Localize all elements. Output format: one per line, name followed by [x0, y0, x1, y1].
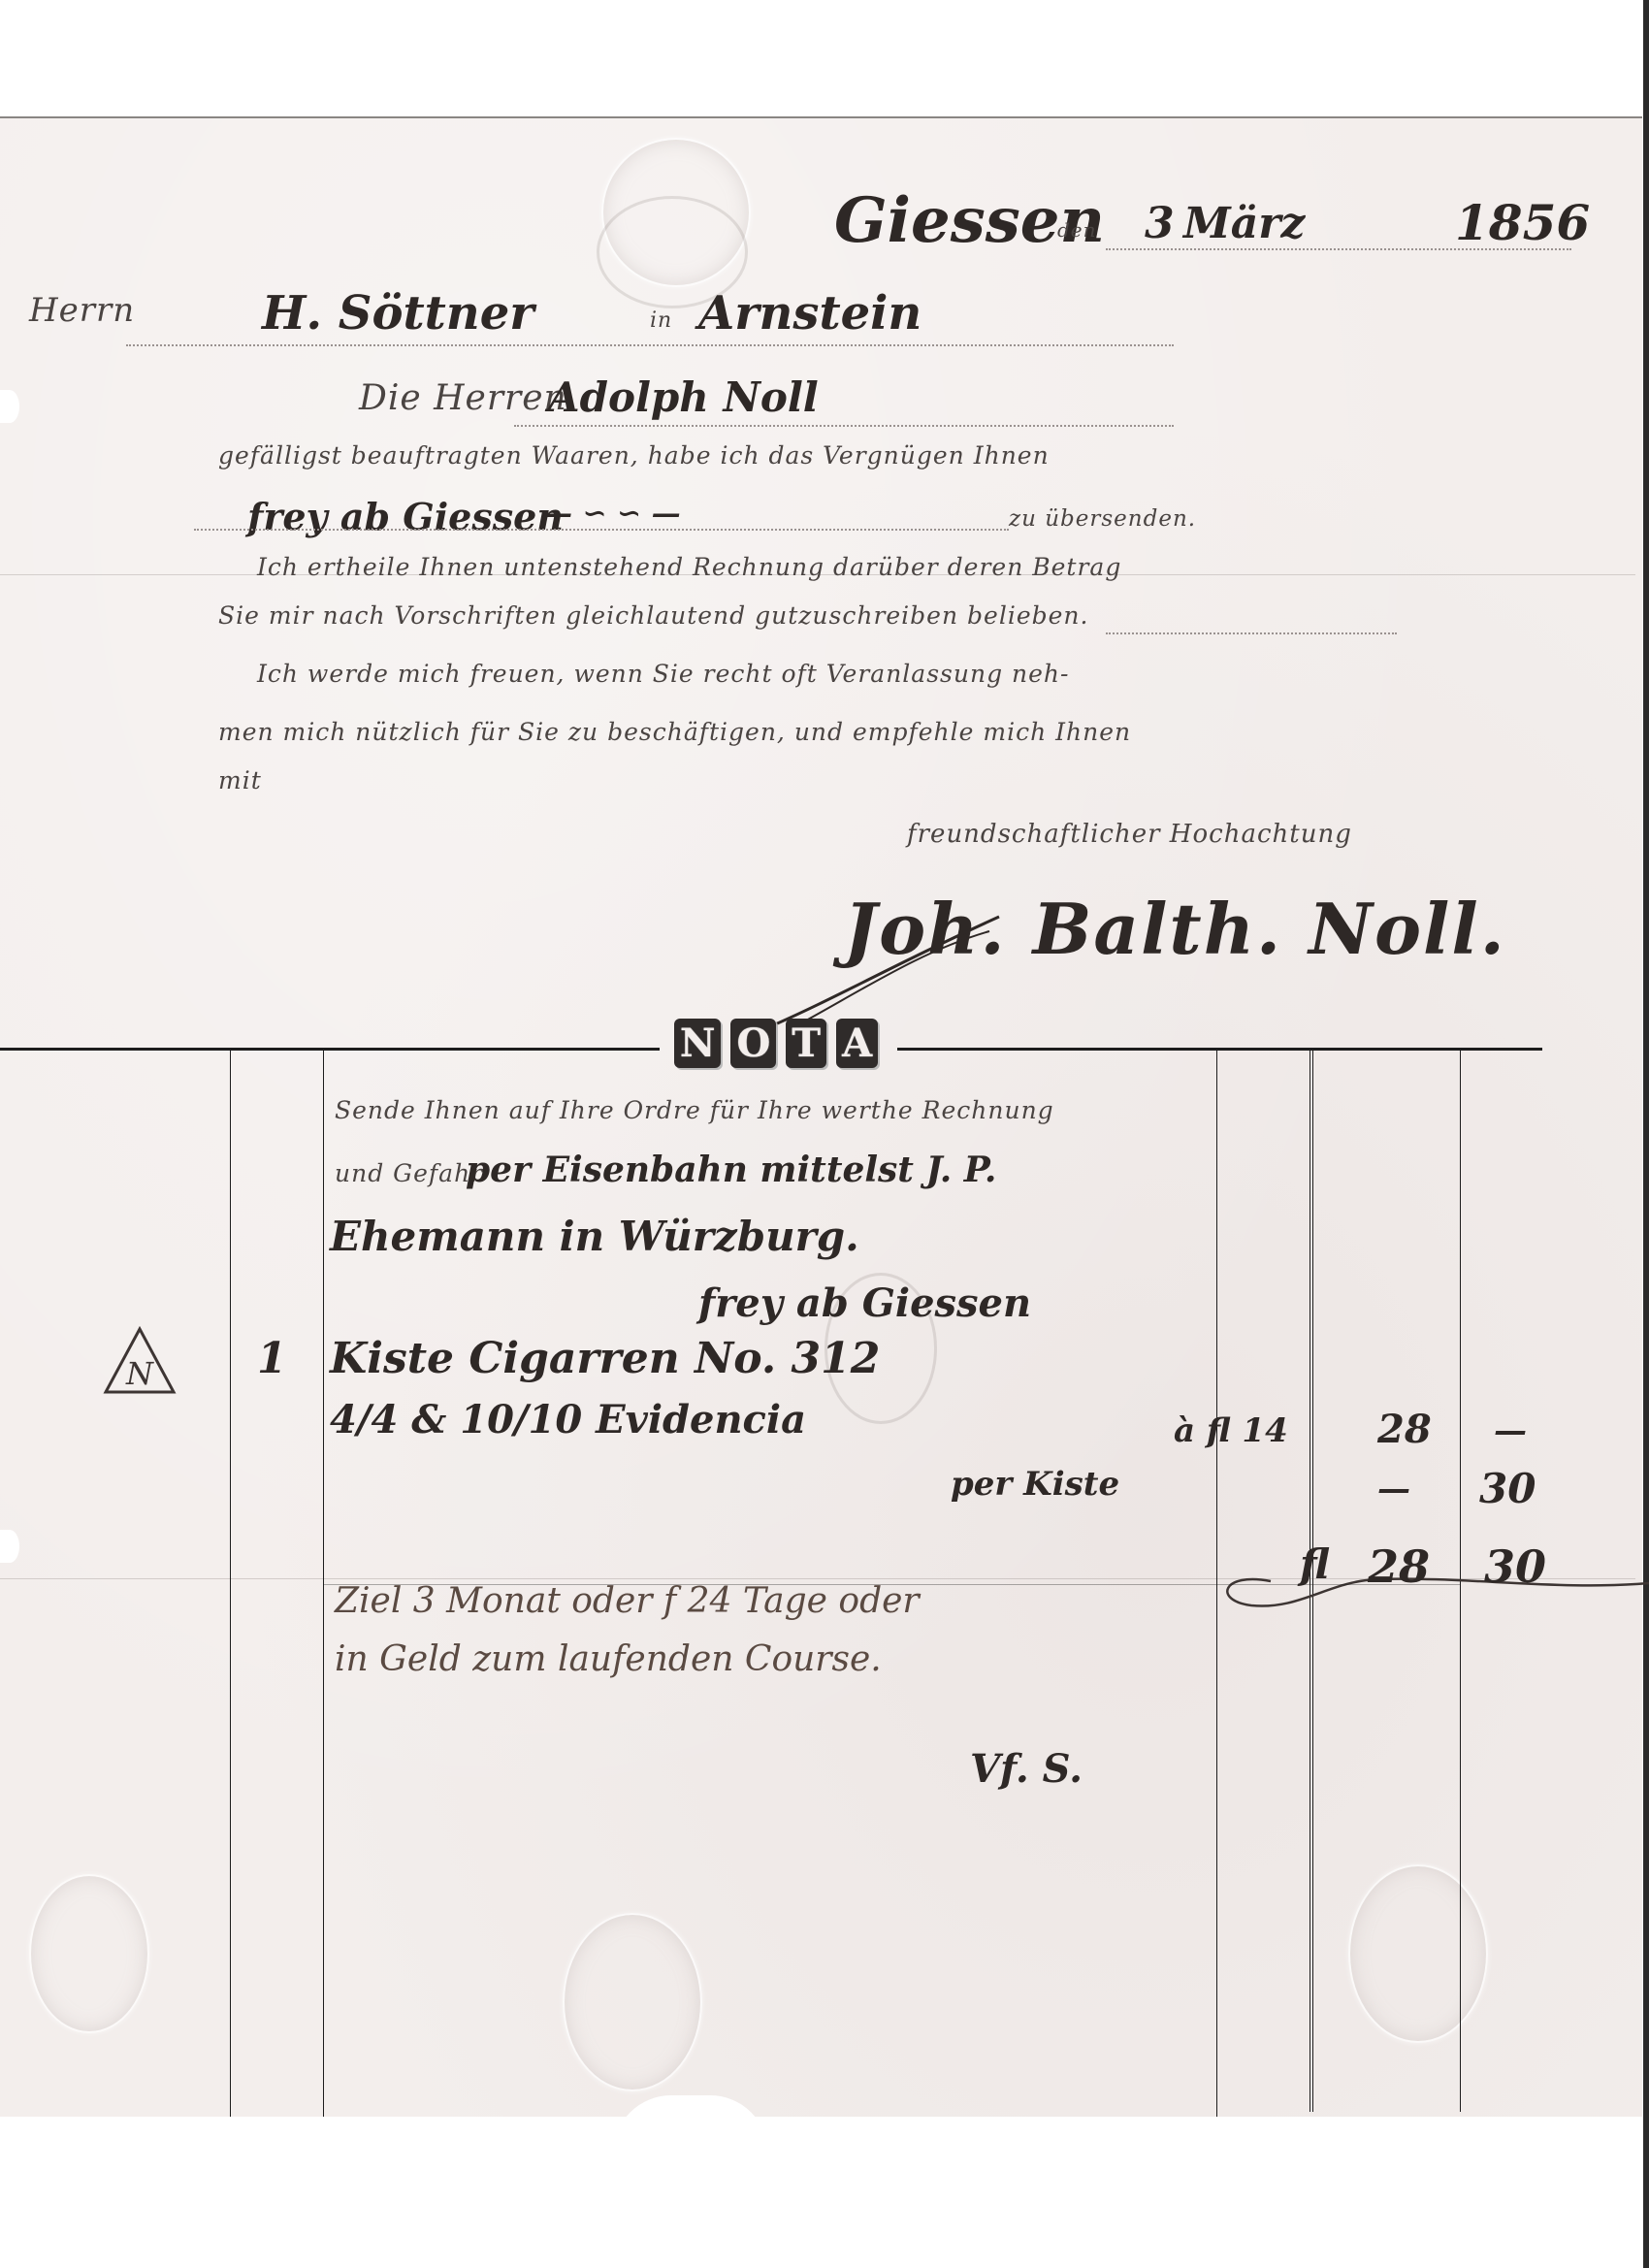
payment-terms-line1: Ziel 3 Monat oder f 24 Tage oder [335, 1581, 920, 1621]
nota-rule-left [0, 1048, 660, 1051]
item-description: Kiste Cigarren No. 312 [330, 1334, 880, 1383]
item-detail: 4/4 & 10/10 Evidencia [330, 1397, 806, 1442]
letter-line1-prefix: Die Herren [359, 378, 567, 418]
nota-terms: frey ab Giessen [698, 1280, 1031, 1326]
letter-line8: mit [218, 766, 262, 794]
letter-line1-name: Adolph Noll [548, 373, 819, 421]
fill-flourish: — ∽ ∽ — [543, 497, 681, 531]
edge-notch [0, 1530, 19, 1563]
embossed-seal [1348, 1864, 1488, 2043]
edge-notch [0, 390, 19, 423]
addressee-location: Arnstein [698, 286, 921, 340]
column-line [323, 1050, 324, 2117]
total-amount-kr: 30 [1484, 1540, 1546, 1593]
item-unit-price: à fl 14 [1174, 1411, 1288, 1450]
nota-intro-printed: Sende Ihnen auf Ihre Ordre für Ihre wert… [335, 1096, 1054, 1124]
letter-line7: men mich nützlich für Sie zu beschäftige… [218, 718, 1131, 746]
clerk-initials: Vf. S. [970, 1746, 1083, 1792]
dotted-line [126, 344, 1174, 346]
embossed-seal [563, 1913, 702, 2091]
item-amount-kr: — [1494, 1411, 1527, 1450]
dotted-line [1106, 248, 1571, 250]
column-line [230, 1050, 231, 2117]
item-amount-fl: 28 [1377, 1407, 1432, 1452]
letter-line2: gefälligst beauftragten Waaren, habe ich… [218, 441, 1050, 470]
header-date-prefix: den [1057, 218, 1097, 242]
scanner-edge [1643, 0, 1649, 2268]
nota-rule-right [897, 1048, 1542, 1051]
header-year: 1856 [1455, 194, 1590, 251]
nota-intro-printed2: und Gefahr [335, 1159, 483, 1187]
letter-line4: Ich ertheile Ihnen untenstehend Rechnung… [257, 553, 1121, 581]
header-month: März [1183, 199, 1305, 248]
dotted-line [514, 425, 1174, 427]
sum-underline-flourish [1212, 1562, 1649, 1620]
merchant-mark-icon: N [101, 1324, 178, 1402]
nota-letter: N [674, 1019, 722, 1068]
item-amount-kr: 30 [1479, 1465, 1536, 1512]
nota-intro-hand2: Ehemann in Würzburg. [330, 1213, 859, 1260]
nota-letter: T [786, 1019, 826, 1068]
item-amount-fl: — [1377, 1470, 1410, 1508]
nota-title: N O T A [669, 1014, 883, 1072]
nota-letter: A [836, 1019, 878, 1068]
addressee-name: H. Söttner [262, 286, 534, 340]
addressee-location-prefix: in [650, 308, 672, 333]
letter-closing: freundschaftlicher Hochachtung [907, 820, 1352, 849]
total-currency: fl [1300, 1540, 1330, 1588]
letter-line3-filled: frey ab Giessen [247, 495, 564, 538]
paper-tear [613, 2095, 768, 2268]
embossed-seal [29, 1874, 149, 2033]
addressee-salutation: Herrn [29, 291, 135, 330]
nota-letter: O [730, 1019, 776, 1068]
letter-line6: Ich werde mich freuen, wenn Sie recht of… [257, 660, 1069, 688]
letter-line5: Sie mir nach Vorschriften gleichlautend … [218, 601, 1088, 630]
dotted-line [194, 529, 1009, 531]
header-day: 3 [1145, 199, 1175, 248]
item-detail: per Kiste [951, 1465, 1119, 1504]
nota-intro-hand: per Eisenbahn mittelst J. P. [466, 1150, 996, 1190]
dotted-line [1106, 632, 1397, 634]
item-qty: 1 [257, 1334, 287, 1383]
payment-terms-line2: in Geld zum laufenden Course. [335, 1639, 882, 1679]
letter-line3-suffix: zu übersenden. [1009, 506, 1196, 532]
svg-text:N: N [125, 1355, 154, 1392]
